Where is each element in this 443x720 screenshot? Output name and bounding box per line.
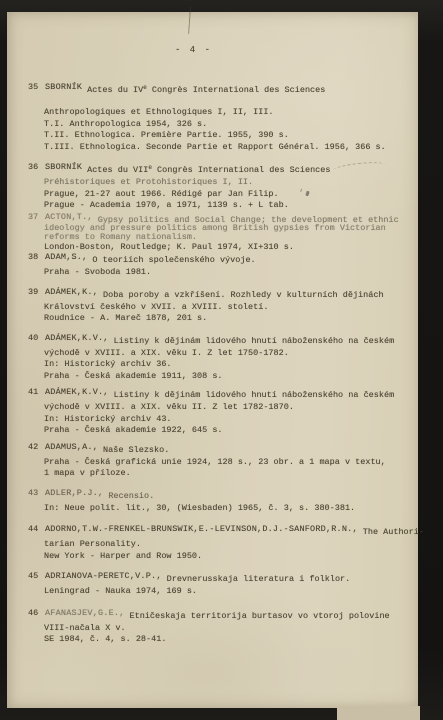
bib-entry-first-line: 39ADÁMEK,K.,Doba poroby a vzkříšení. Roz… xyxy=(44,287,406,298)
bib-entry-first-line: 40ADÁMEK,K.V.,Listiny k dějinám lidového… xyxy=(44,333,406,344)
bib-entry-line: tarian Personality. xyxy=(44,539,406,551)
bib-entry-first-line: 35SBORNÍKActes du IVe Congrès Internatio… xyxy=(44,82,406,93)
bib-entry-continuation: Království českého v XVII. a XVIII. stol… xyxy=(44,302,406,325)
bib-entry-line: In: Neue polit. lit., 30, (Wiesbaden) 19… xyxy=(44,503,406,515)
ordinal-superscript: e xyxy=(143,84,147,91)
bib-entry: 35SBORNÍKActes du IVe Congrès Internatio… xyxy=(44,82,406,153)
bib-entry-line: New York - Harper and Row 1950. xyxy=(44,551,406,563)
bib-entry-number: 45 xyxy=(28,571,38,582)
bib-entry-continuation: Praha - Svoboda 1981. xyxy=(44,267,406,279)
bib-entry-first-line: 45ADRIANOVA-PERETC,V.P.,Drevnerusskaja l… xyxy=(44,571,406,582)
bib-entry: 39ADÁMEK,K.,Doba poroby a vzkříšení. Roz… xyxy=(44,287,406,325)
bib-entry: 41ADÁMEK,K.V.,Listiny k dějinám lidového… xyxy=(44,387,406,437)
bib-entry-author: ADÁMEK,K., xyxy=(45,287,98,297)
bib-entry-line: In: Historický archiv 43. xyxy=(44,414,406,426)
bib-entry: 42ADAMUS,A.,Naše Slezsko.Praha - Česká g… xyxy=(44,442,406,480)
bib-entry-author: ADÁMEK,K.V., xyxy=(45,387,109,397)
bib-entry-line: T.III. Ethnologica. Seconde Partie et Ra… xyxy=(44,142,406,154)
bib-entry-line: T.I. Anthropologica 1954, 326 s. xyxy=(44,119,406,131)
bib-entry-number: 37 xyxy=(28,212,38,223)
bib-entry: 40ADÁMEK,K.V.,Listiny k dějinám lidového… xyxy=(44,333,406,383)
bib-entry-continuation: východě v XVIII. a XIX. věku I. Z let 17… xyxy=(44,348,406,383)
bib-entry-first-line: 44ADORNO,T.W.-FRENKEL-BRUNSWIK,E.-LEVINS… xyxy=(44,524,406,535)
bib-entry-continuation: ideology and pressure politics among Bri… xyxy=(44,224,406,253)
bib-entry-line: Praha - Česká akademie 1922, 645 s. xyxy=(44,425,406,437)
bib-entry-line: Prague, 21-27 aout 1966. Rédigé par Jan … xyxy=(44,189,406,201)
bib-entry-title: Recensio. xyxy=(108,491,154,501)
bib-entry-title: Listiny k dějinám lidového hnutí nábožen… xyxy=(114,390,395,400)
bib-entry-first-line: 43ADLER,P.J.,Recensio. xyxy=(44,488,406,499)
bib-entry-line: Praha - Svoboda 1981. xyxy=(44,267,406,279)
paper-edge-fragment xyxy=(337,706,420,720)
bib-entry-first-line: 41ADÁMEK,K.V.,Listiny k dějinám lidového… xyxy=(44,387,406,398)
bib-entry-line: Praha - Česká grafická unie 1924, 128 s.… xyxy=(44,457,406,469)
bib-entry-number: 43 xyxy=(28,488,38,499)
bib-entry-continuation: východě v XVIII. a XIX. věku II. Z let 1… xyxy=(44,402,406,437)
bib-entry-line: Roudnice - A. Mareč 1878, 201 s. xyxy=(44,313,406,325)
bib-entry-continuation: In: Neue polit. lit., 30, (Wiesbaden) 19… xyxy=(44,503,406,515)
bib-entry-first-line: 42ADAMUS,A.,Naše Slezsko. xyxy=(44,442,406,453)
bib-entry-number: 44 xyxy=(28,524,38,535)
bib-entry-author: ADLER,P.J., xyxy=(45,488,103,498)
bib-entry-first-line: 37ACTON,T.,Gypsy politics and Social Cha… xyxy=(44,212,406,223)
bib-entry-author: ADRIANOVA-PERETC,V.P., xyxy=(45,571,162,581)
bib-entry-author: ADAM,S., xyxy=(45,252,87,262)
bib-entry-author: SBORNÍK xyxy=(45,162,82,172)
bib-entry-line: Anthropologiques et Ethnologiques I, II,… xyxy=(44,107,406,119)
bib-entry-author: ADAMUS,A., xyxy=(45,442,98,452)
scanned-page-background: { "page": { "number_label": "- 4 -", "en… xyxy=(0,0,443,720)
bib-entry-line: VIII-načala X v. xyxy=(44,623,406,635)
bib-entry-number: 46 xyxy=(28,608,38,619)
bib-entry: 45ADRIANOVA-PERETC,V.P.,Drevnerusskaja l… xyxy=(44,571,406,598)
bib-entry: 37ACTON,T.,Gypsy politics and Social Cha… xyxy=(44,212,406,253)
bib-entry-title: Listiny k dějinám lidového hnutí nábožen… xyxy=(114,336,395,346)
bib-entry-number: 40 xyxy=(28,333,38,344)
bib-entry-title: Doba poroby a vzkříšení. Rozhledy v kult… xyxy=(103,290,384,300)
bib-entry-title: Actes du IVe Congrès International des S… xyxy=(87,85,325,95)
bib-entry-number: 38 xyxy=(28,252,38,263)
bib-entry-author: ACTON,T., xyxy=(45,212,93,222)
bib-entry-title: O teoriích společenského vývoje. xyxy=(92,255,255,265)
bib-entry-number: 39 xyxy=(28,287,38,298)
bib-entry-line: Praha - Česká akademie 1911, 308 s. xyxy=(44,371,406,383)
bib-entry: 44ADORNO,T.W.-FRENKEL-BRUNSWIK,E.-LEVINS… xyxy=(44,524,406,562)
bib-entry-title: Actes du VIIe Congrès International des … xyxy=(87,165,330,175)
bib-entry-line: SE 1984, č. 4, s. 28-41. xyxy=(44,634,406,646)
bib-entry-number: 36 xyxy=(28,162,38,173)
bib-entry-number: 35 xyxy=(28,82,38,93)
bib-entry-author: ADÁMEK,K.V., xyxy=(45,333,109,343)
bib-entry: 38ADAM,S.,O teoriích společenského vývoj… xyxy=(44,252,406,279)
bib-entry-first-line: 38ADAM,S.,O teoriích společenského vývoj… xyxy=(44,252,406,263)
bib-entry-line: London-Boston, Routledge; K. Paul 1974, … xyxy=(44,243,406,253)
scanned-paper-page: - 4 - 35SBORNÍKActes du IVe Congrès Inte… xyxy=(7,12,418,708)
bib-entry-first-line: 46AFANASJEV,G.E.,Etničeskaja territorija… xyxy=(44,608,406,619)
bib-entry-number: 42 xyxy=(28,442,38,453)
bib-entry-number: 41 xyxy=(28,387,38,398)
bib-entry: 43ADLER,P.J.,Recensio.In: Neue polit. li… xyxy=(44,488,406,515)
bib-entry-title-text: Congrès International des Sciences xyxy=(147,85,326,95)
bib-entry-line: Leningrad - Nauka 1974, 169 s. xyxy=(44,586,406,598)
bib-entry-title: Drevnerusskaja literatura i folklor. xyxy=(167,574,351,584)
bib-entry-line: T.II. Ethnologica. Première Partie. 1955… xyxy=(44,130,406,142)
bib-entry-line: východě v XVIII. a XIX. věku II. Z let 1… xyxy=(44,402,406,414)
bib-entry-title: Etničeskaja territorija burtasov vo vtor… xyxy=(130,611,390,621)
bib-entry-line: Préhistoriques et Protohistoriques I, II… xyxy=(44,177,406,189)
bib-entry-line: Prague - Academia 1970, a 1971, 1139 s. … xyxy=(44,200,406,212)
bib-entry-author: SBORNÍK xyxy=(45,82,82,92)
bib-entry-line: 1 mapa v příloze. xyxy=(44,468,406,480)
bib-entry-line: reforms to Romany nationalism. xyxy=(44,233,406,243)
bib-entry-title: Naše Slezsko. xyxy=(103,445,169,455)
bib-entry-title-text: Actes du IV xyxy=(87,85,143,95)
bib-entry-line: Království českého v XVII. a XVIII. stol… xyxy=(44,302,406,314)
bib-entry-author: ADORNO,T.W.-FRENKEL-BRUNSWIK,E.-LEVINSON… xyxy=(45,524,358,534)
bib-entry: 46AFANASJEV,G.E.,Etničeskaja territorija… xyxy=(44,608,406,646)
bib-entry-continuation: Leningrad - Nauka 1974, 169 s. xyxy=(44,586,406,598)
bib-entry-continuation: Préhistoriques et Protohistoriques I, II… xyxy=(44,177,406,212)
bib-entry-title-text: Actes du VII xyxy=(87,165,148,175)
bib-entry-continuation: VIII-načala X v.SE 1984, č. 4, s. 28-41. xyxy=(44,623,406,646)
bib-entry-continuation: Anthropologiques et Ethnologiques I, II,… xyxy=(44,107,406,153)
ordinal-superscript: e xyxy=(148,164,152,171)
bib-entry-author: AFANASJEV,G.E., xyxy=(45,608,125,618)
bib-entry-line: východě v XVIII. a XIX. věku I. Z let 17… xyxy=(44,348,406,360)
bib-entry-line: In: Historický archiv 36. xyxy=(44,359,406,371)
bib-entry-title-text: Congrès International des Sciences xyxy=(152,165,331,175)
bib-entry-continuation: Praha - Česká grafická unie 1924, 128 s.… xyxy=(44,457,406,480)
bib-entry-continuation: tarian Personality.New York - Harper and… xyxy=(44,539,406,562)
bib-entry-title: The Authori- xyxy=(363,527,424,537)
page-number: - 4 - xyxy=(175,45,212,55)
